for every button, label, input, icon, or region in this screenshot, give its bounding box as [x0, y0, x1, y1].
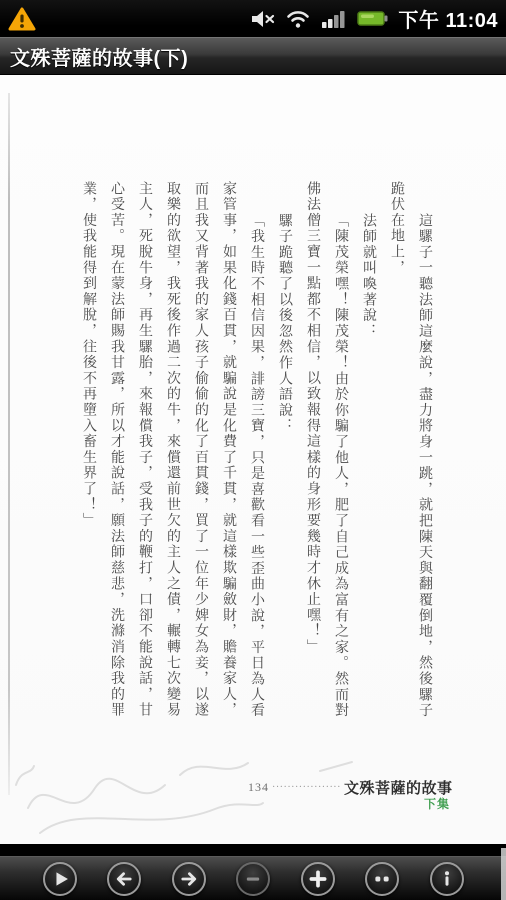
- battery-icon: [357, 10, 388, 27]
- arrow-left-icon: [109, 862, 139, 896]
- story-paragraph: 這騾子一聽法師這麼說，盡力將身一跳，就把陳天與翻覆倒地，然後騾子跪伏在地上，: [382, 181, 438, 723]
- footer-dot-leader: ··················: [272, 782, 341, 793]
- minus-icon: [238, 862, 268, 896]
- page-binding-line: [8, 93, 10, 795]
- two-dots-icon: [367, 862, 397, 896]
- two-page-view-button[interactable]: [365, 862, 399, 896]
- story-paragraph: 「陳茂榮嘿！陳茂榮！由於你騙了他人，肥了自己成為富有之家。然而對佛法僧三寶一點都…: [298, 181, 354, 723]
- story-text: 這騾子一聽法師這麼說，盡力將身一跳，就把陳天與翻覆倒地，然後騾子跪伏在地上， 法…: [66, 181, 438, 723]
- story-paragraph: 「我生時不相信因果，誹謗三寶，只是喜歡看一些歪曲小說，平日為人看家管事，如果化錢…: [74, 181, 270, 723]
- app-screen: 下午 11:04 文殊菩薩的故事(下) 這騾子一聽法師這麼說，盡力將身一跳，就把…: [0, 0, 506, 900]
- play-icon: [45, 862, 75, 896]
- page-edge-sliver: [501, 848, 506, 900]
- title-bar: 文殊菩薩的故事(下): [0, 37, 506, 74]
- page-title: 文殊菩薩的故事(下): [10, 42, 188, 71]
- book-page[interactable]: 這騾子一聽法師這麼說，盡力將身一跳，就把陳天與翻覆倒地，然後騾子跪伏在地上， 法…: [0, 75, 506, 844]
- clock: 下午 11:04: [398, 4, 498, 33]
- volume-label: 下集: [424, 795, 450, 812]
- warning-icon: [8, 6, 36, 32]
- plus-icon: [303, 862, 333, 896]
- arrow-right-icon: [174, 862, 204, 896]
- status-bar: 下午 11:04: [0, 0, 506, 37]
- zoom-in-button[interactable]: [301, 862, 335, 896]
- zoom-out-button[interactable]: [236, 862, 270, 896]
- story-paragraph: 騾子跪聽了以後忽然作人語說：: [270, 181, 298, 723]
- wifi-icon: [285, 9, 311, 29]
- play-button[interactable]: [43, 862, 77, 896]
- story-paragraph: 法師就叫喚著說：: [354, 181, 382, 723]
- previous-page-button[interactable]: [107, 862, 141, 896]
- mute-icon: [251, 9, 275, 29]
- page-footer: 134 ·················· 文殊菩薩的故事: [248, 777, 452, 798]
- signal-icon: [321, 9, 347, 29]
- info-icon: [432, 862, 462, 896]
- next-page-button[interactable]: [172, 862, 206, 896]
- info-button[interactable]: [430, 862, 464, 896]
- reader-toolbar: [0, 856, 506, 900]
- page-number: 134: [248, 780, 269, 795]
